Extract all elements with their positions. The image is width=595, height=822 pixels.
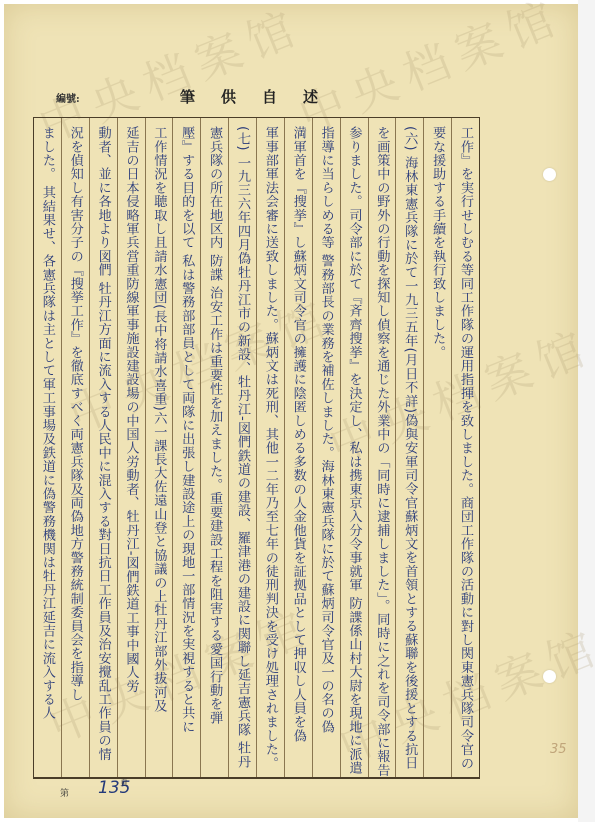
column-text: (六) 海林東憲兵隊に於て一九三五年(月日不詳)偽與安軍司令官蘇炳文を首領とする… xyxy=(395,126,423,777)
text-column: 軍事部軍法会審に送致しました。蘇炳文は死刑、其他一二年乃至七年の徒刑判決を受け処… xyxy=(256,118,284,777)
text-column: 延吉の日本侵略軍兵営重防線軍事施設建設場の中国人労動者、牡丹江-図們鉄道工事中國… xyxy=(117,118,145,777)
text-column: 指導に当らしめる等 警務部長の業務を補佐しました。海林東憲兵隊に於て蘇炳司令官及… xyxy=(312,118,340,777)
column-text: 軍事部軍法会審に送致しました。蘇炳文は死刑、其他一二年乃至七年の徒刑判決を受け処… xyxy=(256,126,284,777)
text-column: 憲兵隊の所在地区内 防諜 治安工作は重要性を加えました。重要建設工程を阻害する愛… xyxy=(200,118,228,777)
text-column: 動者、並に各地より図們 牡丹江方面に流入する人民中に混入する對日抗日工作員及治安… xyxy=(89,118,117,777)
column-text: 動者、並に各地より図們 牡丹江方面に流入する人民中に混入する對日抗日工作員及治安… xyxy=(89,126,117,777)
column-text: 要な援助する手續を執行致しました。 xyxy=(423,126,451,777)
binding-hole xyxy=(543,168,556,181)
column-text: 参りました。司令部に於て『斉齊搜挙』を決定し、私は携東京入分令事就軍 防諜係山村… xyxy=(340,126,368,777)
column-text: 指導に当らしめる等 警務部長の業務を補佐しました。海林東憲兵隊に於て蘇炳司令官及… xyxy=(312,126,340,777)
page-unit: 頁 xyxy=(120,777,128,788)
text-column: 工作情況を聴取し且請水憲団(長中将請水喜重)六一課長大佐遠山登と協議の上牡丹江部… xyxy=(145,118,173,777)
scan-edge xyxy=(578,0,595,822)
column-text: 況を偵知し有害分子の『搜挙工作』を徹底すべく両憲兵隊及両偽地方警務統制委員会を指… xyxy=(61,126,89,777)
text-column: 壓』する目的を以て 私は警務部部員として両隊に出張し建設途上の現地一部情況を実視… xyxy=(172,118,200,777)
document-title: 筆供自述 xyxy=(180,86,344,107)
column-text: 壓』する目的を以て 私は警務部部員として両隊に出張し建設途上の現地一部情況を実視… xyxy=(172,126,200,777)
column-text: を画策中の野外の行動を探知し偵察を通じた外業中の「同時に逮捕しました」。同時に之… xyxy=(368,126,396,777)
text-column: 況を偵知し有害分子の『搜挙工作』を徹底すべく両憲兵隊及両偽地方警務統制委員会を指… xyxy=(61,118,89,777)
margin-note: 35 xyxy=(550,742,567,757)
column-text: 憲兵隊の所在地区内 防諜 治安工作は重要性を加えました。重要建設工程を阻害する愛… xyxy=(200,126,228,777)
serial-number-label: 編號: xyxy=(56,90,80,105)
text-column: (六) 海林東憲兵隊に於て一九三五年(月日不詳)偽與安軍司令官蘇炳文を首領とする… xyxy=(395,118,423,777)
text-column: を画策中の野外の行動を探知し偵察を通じた外業中の「同時に逮捕しました」。同時に之… xyxy=(368,118,396,777)
text-column: 参りました。司令部に於て『斉齊搜挙』を決定し、私は携東京入分令事就軍 防諜係山村… xyxy=(340,118,368,777)
column-text: 延吉の日本侵略軍兵営重防線軍事施設建設場の中国人労動者、牡丹江-図們鉄道工事中國… xyxy=(117,126,145,777)
binding-hole xyxy=(543,670,556,683)
text-column: 要な援助する手續を執行致しました。 xyxy=(423,118,451,777)
column-text: ました。 其結果せ、各憲兵隊は主として軍工事場及鉄道に偽警務機関は牡丹江延吉に流… xyxy=(34,126,61,777)
text-column: ました。 其結果せ、各憲兵隊は主として軍工事場及鉄道に偽警務機関は牡丹江延吉に流… xyxy=(34,118,61,777)
manuscript-grid: 工作』を実行せしむる等同工作隊の運用指揮を致しました。商団工作隊の活動に對し関東… xyxy=(33,117,480,779)
text-column: (七) 一九三六年四月偽牡丹江市の新設、牡丹江-図們鉄道の建設、羅津港の建設に関… xyxy=(228,118,256,777)
column-text: 工作情況を聴取し且請水憲団(長中将請水喜重)六一課長大佐遠山登と協議の上牡丹江部… xyxy=(145,126,173,777)
column-text: (七) 一九三六年四月偽牡丹江市の新設、牡丹江-図們鉄道の建設、羅津港の建設に関… xyxy=(228,126,256,777)
text-column: 工作』を実行せしむる等同工作隊の運用指揮を致しました。商団工作隊の活動に對し関東… xyxy=(451,118,479,777)
page-label: 第 xyxy=(60,786,69,799)
column-text: 工作』を実行せしむる等同工作隊の運用指揮を致しました。商団工作隊の活動に對し関東… xyxy=(451,126,479,777)
column-text: 満軍首を『搜挙』し蘇炳文司令官の擁護に陰匿しめる多数の人金他貨を証拠品として押収… xyxy=(284,126,312,777)
text-column: 満軍首を『搜挙』し蘇炳文司令官の擁護に陰匿しめる多数の人金他貨を証拠品として押収… xyxy=(284,118,312,777)
